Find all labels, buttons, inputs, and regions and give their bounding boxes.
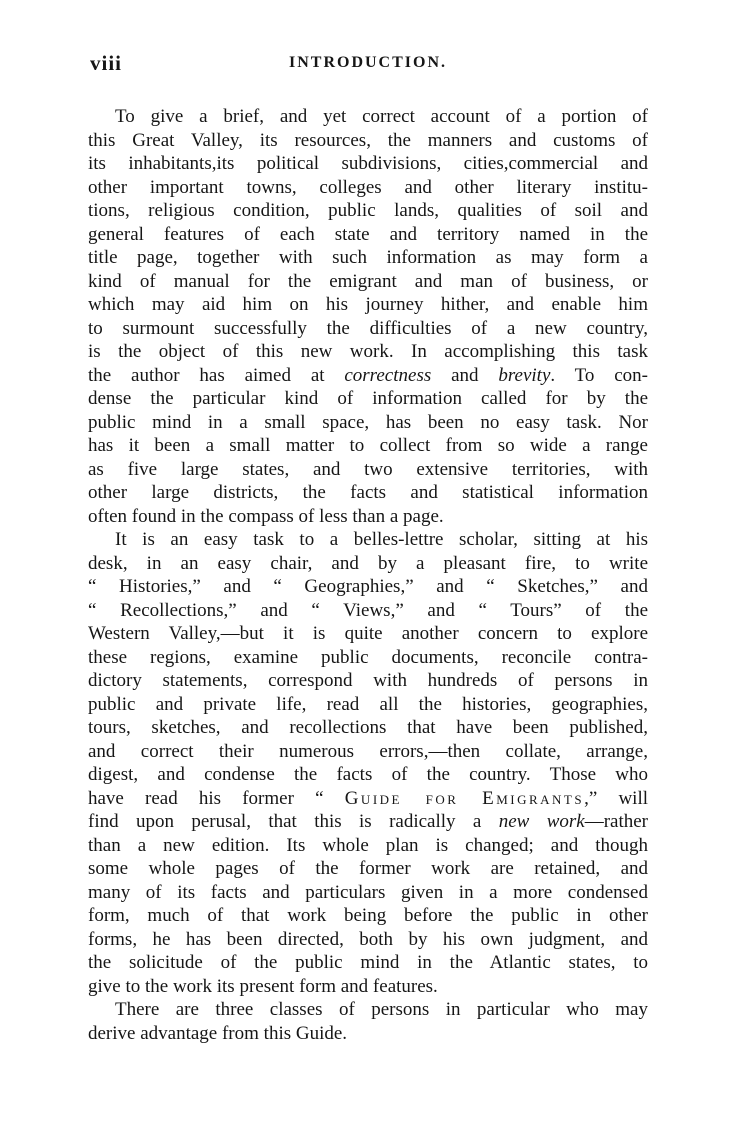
text-segment: kind of manual for the emigrant and man …: [88, 271, 648, 292]
text-segment: There are three classes of persons in pa…: [115, 999, 648, 1020]
text-segment: derive advantage from this Guide.: [88, 1023, 347, 1044]
text-segment: To give a brief, and yet correct account…: [115, 106, 648, 127]
text-segment: its inhabitants,its political subdivisio…: [88, 153, 648, 174]
text-line: digest, and condense the facts of the co…: [88, 763, 648, 787]
text-line: often found in the compass of less than …: [88, 505, 648, 529]
text-line: has it been a small matter to collect fr…: [88, 434, 648, 458]
text-line: kind of manual for the emigrant and man …: [88, 270, 648, 294]
text-line: is the object of this new work. In accom…: [88, 340, 648, 364]
text-segment: than a new edition. Its whole plan is ch…: [88, 835, 648, 856]
text-line: other important towns, colleges and othe…: [88, 176, 648, 200]
text-segment: many of its facts and particulars given …: [88, 882, 648, 903]
text-line: give to the work its present form and fe…: [88, 975, 648, 999]
text-line: public mind in a small space, has been n…: [88, 411, 648, 435]
text-segment: correctness: [344, 365, 431, 386]
text-segment: forms, he has been directed, both by his…: [88, 929, 648, 950]
text-line: derive advantage from this Guide.: [88, 1022, 648, 1046]
text-segment: public and private life, read all the hi…: [88, 694, 648, 715]
text-segment: and: [431, 365, 498, 386]
text-segment: often found in the compass of less than …: [88, 506, 444, 527]
text-segment: the solicitude of the public mind in the…: [88, 952, 648, 973]
text-segment: this Great Valley, its resources, the ma…: [88, 130, 648, 151]
text-segment: Western Valley,—but it is quite another …: [88, 623, 648, 644]
text-segment: ,” will: [584, 788, 648, 809]
text-segment: as five large states, and two extensive …: [88, 459, 648, 480]
text-line: public and private life, read all the hi…: [88, 693, 648, 717]
text-line: tions, religious condition, public lands…: [88, 199, 648, 223]
text-line: general features of each state and terri…: [88, 223, 648, 247]
text-segment: has it been a small matter to collect fr…: [88, 435, 648, 456]
text-line: and correct their numerous errors,—then …: [88, 740, 648, 764]
text-line: To give a brief, and yet correct account…: [88, 105, 648, 129]
text-segment: general features of each state and terri…: [88, 224, 648, 245]
text-segment: digest, and condense the facts of the co…: [88, 764, 648, 785]
running-title: INTRODUCTION.: [88, 50, 648, 76]
text-line: the author has aimed at correctness and …: [88, 364, 648, 388]
text-segment: new work: [499, 811, 585, 832]
text-line: Western Valley,—but it is quite another …: [88, 622, 648, 646]
text-line: dictory statements, correspond with hund…: [88, 669, 648, 693]
text-line: There are three classes of persons in pa…: [88, 998, 648, 1022]
text-segment: “ Recollections,” and “ Views,” and “ To…: [88, 600, 648, 621]
text-segment: —rather: [585, 811, 648, 832]
page-header: viii INTRODUCTION.: [88, 50, 648, 76]
text-segment: to surmount successfully the difficultie…: [88, 318, 648, 339]
text-segment: is the object of this new work. In accom…: [88, 341, 648, 362]
text-segment: dictory statements, correspond with hund…: [88, 670, 648, 691]
text-segment: give to the work its present form and fe…: [88, 976, 438, 997]
text-segment: dense the particular kind of information…: [88, 388, 648, 409]
text-segment: form, much of that work being before the…: [88, 905, 648, 926]
text-segment: some whole pages of the former work are …: [88, 858, 648, 879]
text-segment: the author has aimed at: [88, 365, 344, 386]
text-segment: tions, religious condition, public lands…: [88, 200, 648, 221]
text-line: “ Recollections,” and “ Views,” and “ To…: [88, 599, 648, 623]
book-page: viii INTRODUCTION. To give a brief, and …: [0, 0, 736, 1133]
text-segment: Guide for Emigrants: [345, 788, 584, 809]
text-line: many of its facts and particulars given …: [88, 881, 648, 905]
text-line: this Great Valley, its resources, the ma…: [88, 129, 648, 153]
text-line: It is an easy task to a belles-lettre sc…: [88, 528, 648, 552]
text-line: to surmount successfully the difficultie…: [88, 317, 648, 341]
text-line: these regions, examine public documents,…: [88, 646, 648, 670]
text-line: find upon perusal, that this is radicall…: [88, 810, 648, 834]
text-line: as five large states, and two extensive …: [88, 458, 648, 482]
text-line: other large districts, the facts and sta…: [88, 481, 648, 505]
text-segment: brevity: [498, 365, 550, 386]
text-segment: and correct their numerous errors,—then …: [88, 741, 648, 762]
page-number: viii: [90, 50, 122, 76]
text-line: “ Histories,” and “ Geographies,” and “ …: [88, 575, 648, 599]
text-segment: have read his former “: [88, 788, 345, 809]
text-segment: which may aid him on his journey hither,…: [88, 294, 648, 315]
text-segment: title page, together with such informati…: [88, 247, 648, 268]
text-segment: other large districts, the facts and sta…: [88, 482, 648, 503]
text-line: its inhabitants,its political subdivisio…: [88, 152, 648, 176]
text-segment: public mind in a small space, has been n…: [88, 412, 648, 433]
text-segment: . To con-: [550, 365, 648, 386]
text-line: title page, together with such informati…: [88, 246, 648, 270]
text-line: some whole pages of the former work are …: [88, 857, 648, 881]
text-segment: tours, sketches, and recollections that …: [88, 717, 648, 738]
text-block: To give a brief, and yet correct account…: [88, 105, 648, 1045]
text-line: form, much of that work being before the…: [88, 904, 648, 928]
text-line: the solicitude of the public mind in the…: [88, 951, 648, 975]
text-segment: It is an easy task to a belles-lettre sc…: [115, 529, 648, 550]
text-line: tours, sketches, and recollections that …: [88, 716, 648, 740]
text-segment: other important towns, colleges and othe…: [88, 177, 648, 198]
text-segment: find upon perusal, that this is radicall…: [88, 811, 499, 832]
text-line: forms, he has been directed, both by his…: [88, 928, 648, 952]
text-line: desk, in an easy chair, and by a pleasan…: [88, 552, 648, 576]
text-line: dense the particular kind of information…: [88, 387, 648, 411]
text-line: have read his former “ Guide for Emigran…: [88, 787, 648, 811]
text-segment: desk, in an easy chair, and by a pleasan…: [88, 553, 648, 574]
text-line: which may aid him on his journey hither,…: [88, 293, 648, 317]
text-line: than a new edition. Its whole plan is ch…: [88, 834, 648, 858]
text-segment: these regions, examine public documents,…: [88, 647, 648, 668]
text-segment: “ Histories,” and “ Geographies,” and “ …: [88, 576, 648, 597]
